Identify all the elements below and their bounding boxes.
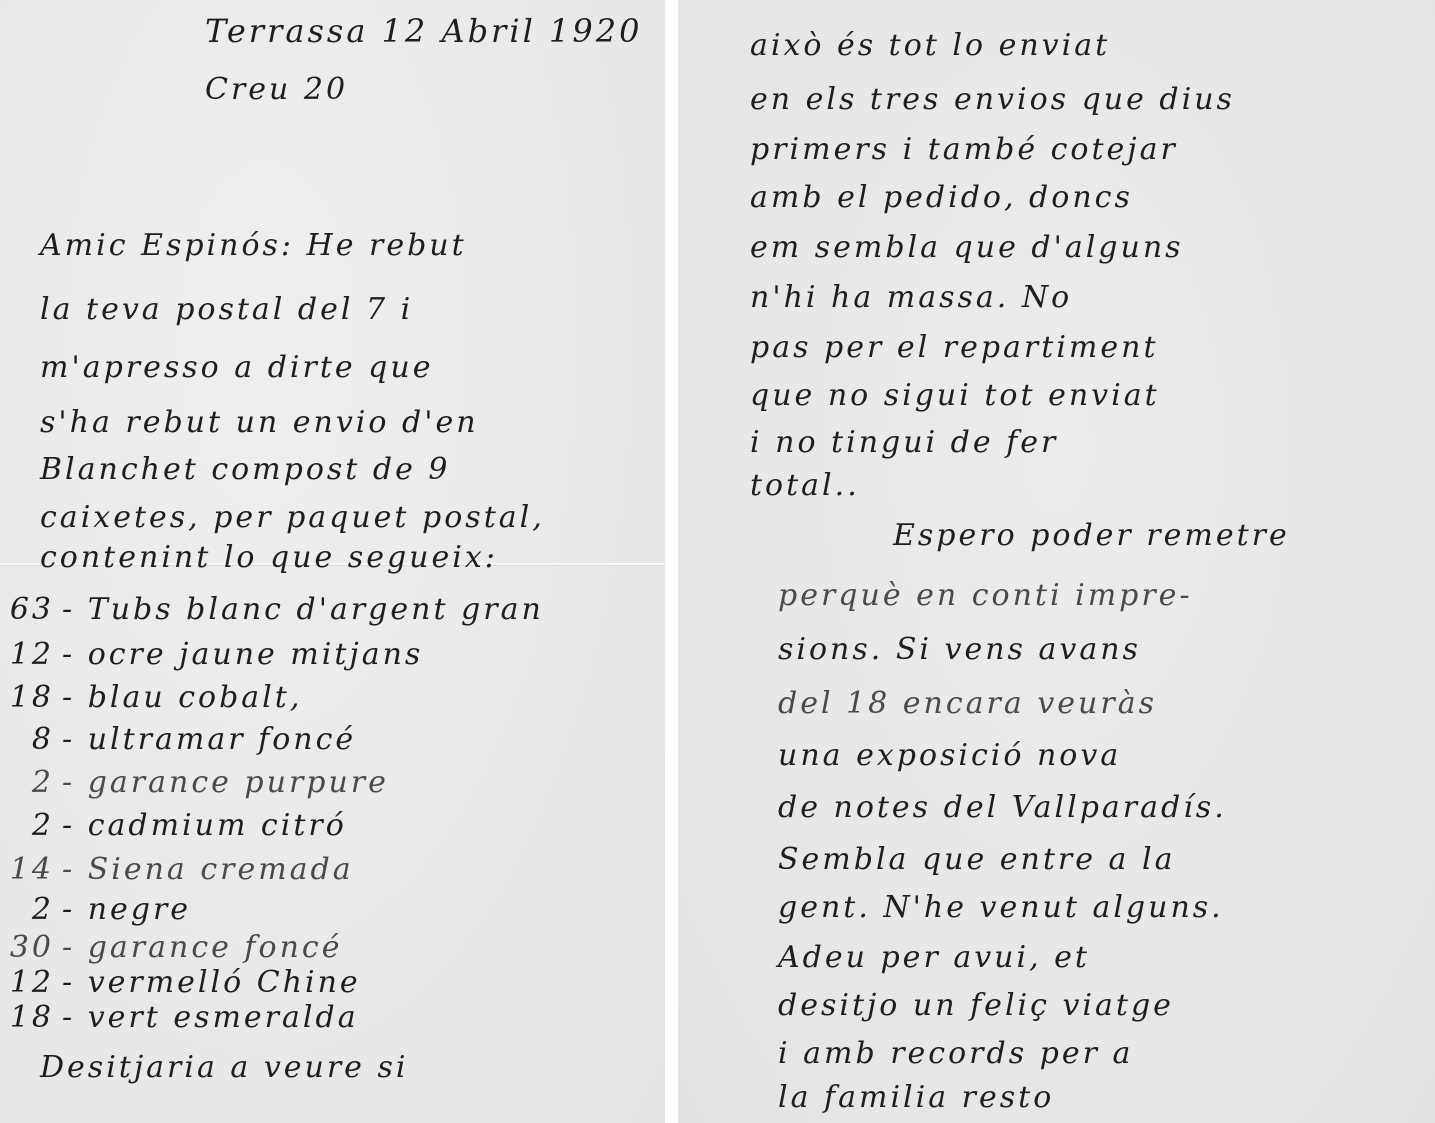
item-qty: 8 bbox=[0, 722, 54, 757]
letter-line: Sembla que entre a la bbox=[778, 842, 1175, 877]
item-qty: 2 bbox=[0, 892, 54, 927]
letter-line: en els tres envios que dius bbox=[750, 82, 1235, 117]
item-desc: garance purpure bbox=[88, 765, 389, 800]
letter-page-left: Terrassa 12 Abril 1920 Creu 20 Amic Espi… bbox=[0, 0, 665, 1123]
letter-line: total.. bbox=[750, 468, 860, 503]
item-desc: vermelló Chine bbox=[88, 965, 361, 1000]
item-qty: 12 bbox=[0, 637, 54, 672]
item-qty: 2 bbox=[0, 808, 54, 843]
item-desc: cadmium citró bbox=[88, 808, 347, 843]
item-line: 12- vermelló Chine bbox=[0, 965, 361, 1000]
letter-line: sions. Si vens avans bbox=[778, 632, 1141, 667]
letter-line: Blanchet compost de 9 bbox=[40, 452, 450, 487]
item-qty: 14 bbox=[0, 852, 54, 887]
letter-line: això és tot lo enviat bbox=[750, 28, 1110, 63]
reference-number: Creu 20 bbox=[205, 72, 348, 107]
item-qty: 18 bbox=[0, 1000, 54, 1035]
letter-line: caixetes, per paquet postal, bbox=[40, 500, 545, 535]
item-qty: 63 bbox=[0, 592, 54, 627]
item-desc: garance foncé bbox=[88, 930, 343, 965]
item-line: 2- negre bbox=[0, 892, 191, 927]
letter-line: de notes del Vallparadís. bbox=[778, 790, 1227, 825]
letter-line: i no tingui de fer bbox=[750, 425, 1058, 460]
letter-line: pas per el repartiment bbox=[750, 330, 1159, 365]
letter-line: primers i també cotejar bbox=[750, 132, 1178, 167]
letter-line: del 18 encara veuràs bbox=[778, 686, 1157, 721]
item-line: 2- cadmium citró bbox=[0, 808, 347, 843]
item-line: 30- garance foncé bbox=[0, 930, 342, 965]
letter-line: gent. N'he venut alguns. bbox=[778, 890, 1224, 925]
letter-line: perquè en conti impre- bbox=[778, 578, 1193, 613]
item-line: 8- ultramar foncé bbox=[0, 722, 356, 757]
letter-line: contenint lo que segueix: bbox=[40, 540, 498, 575]
item-qty: 18 bbox=[0, 680, 54, 715]
letter-page-right: això és tot lo enviat en els tres envios… bbox=[678, 0, 1435, 1123]
letter-line: desitjo un feliç viatge bbox=[778, 988, 1174, 1023]
letter-line: Espero poder remetre bbox=[893, 518, 1290, 553]
item-line: 12- ocre jaune mitjans bbox=[0, 637, 423, 672]
item-desc: blau cobalt, bbox=[88, 680, 303, 715]
item-qty: 30 bbox=[0, 930, 54, 965]
item-line: 63- Tubs blanc d'argent gran bbox=[0, 592, 544, 627]
letter-line: s'ha rebut un envio d'en bbox=[40, 405, 479, 440]
item-line: 18- vert esmeralda bbox=[0, 1000, 359, 1035]
letter-line: i amb records per a bbox=[778, 1036, 1133, 1071]
item-line: 14- Siena cremada bbox=[0, 852, 354, 887]
letter-line: amb el pedido, doncs bbox=[750, 180, 1133, 215]
letter-line: Desitjaria a veure si bbox=[40, 1050, 408, 1085]
letter-line: m'apresso a dirte que bbox=[40, 350, 433, 385]
item-desc: negre bbox=[88, 892, 191, 927]
letter-line: la familia resto bbox=[778, 1080, 1054, 1115]
item-desc: vert esmeralda bbox=[88, 1000, 359, 1035]
item-desc: ocre jaune mitjans bbox=[88, 637, 424, 672]
item-line: 2- garance purpure bbox=[0, 765, 389, 800]
item-qty: 2 bbox=[0, 765, 54, 800]
item-desc: ultramar foncé bbox=[88, 722, 356, 757]
item-desc: Tubs blanc d'argent gran bbox=[88, 592, 544, 627]
letter-line: una exposició nova bbox=[778, 738, 1121, 773]
letter-line: la teva postal del 7 i bbox=[40, 292, 413, 327]
letter-line: em sembla que d'alguns bbox=[750, 230, 1184, 265]
letter-line: Adeu per avui, et bbox=[778, 940, 1090, 975]
item-line: 18- blau cobalt, bbox=[0, 680, 302, 715]
letter-line: Amic Espinós: He rebut bbox=[40, 228, 467, 263]
place-date: Terrassa 12 Abril 1920 bbox=[205, 12, 642, 50]
item-qty: 12 bbox=[0, 965, 54, 1000]
letter-line: que no sigui tot enviat bbox=[750, 378, 1160, 413]
item-desc: Siena cremada bbox=[88, 852, 354, 887]
letter-line: n'hi ha massa. No bbox=[750, 280, 1072, 315]
